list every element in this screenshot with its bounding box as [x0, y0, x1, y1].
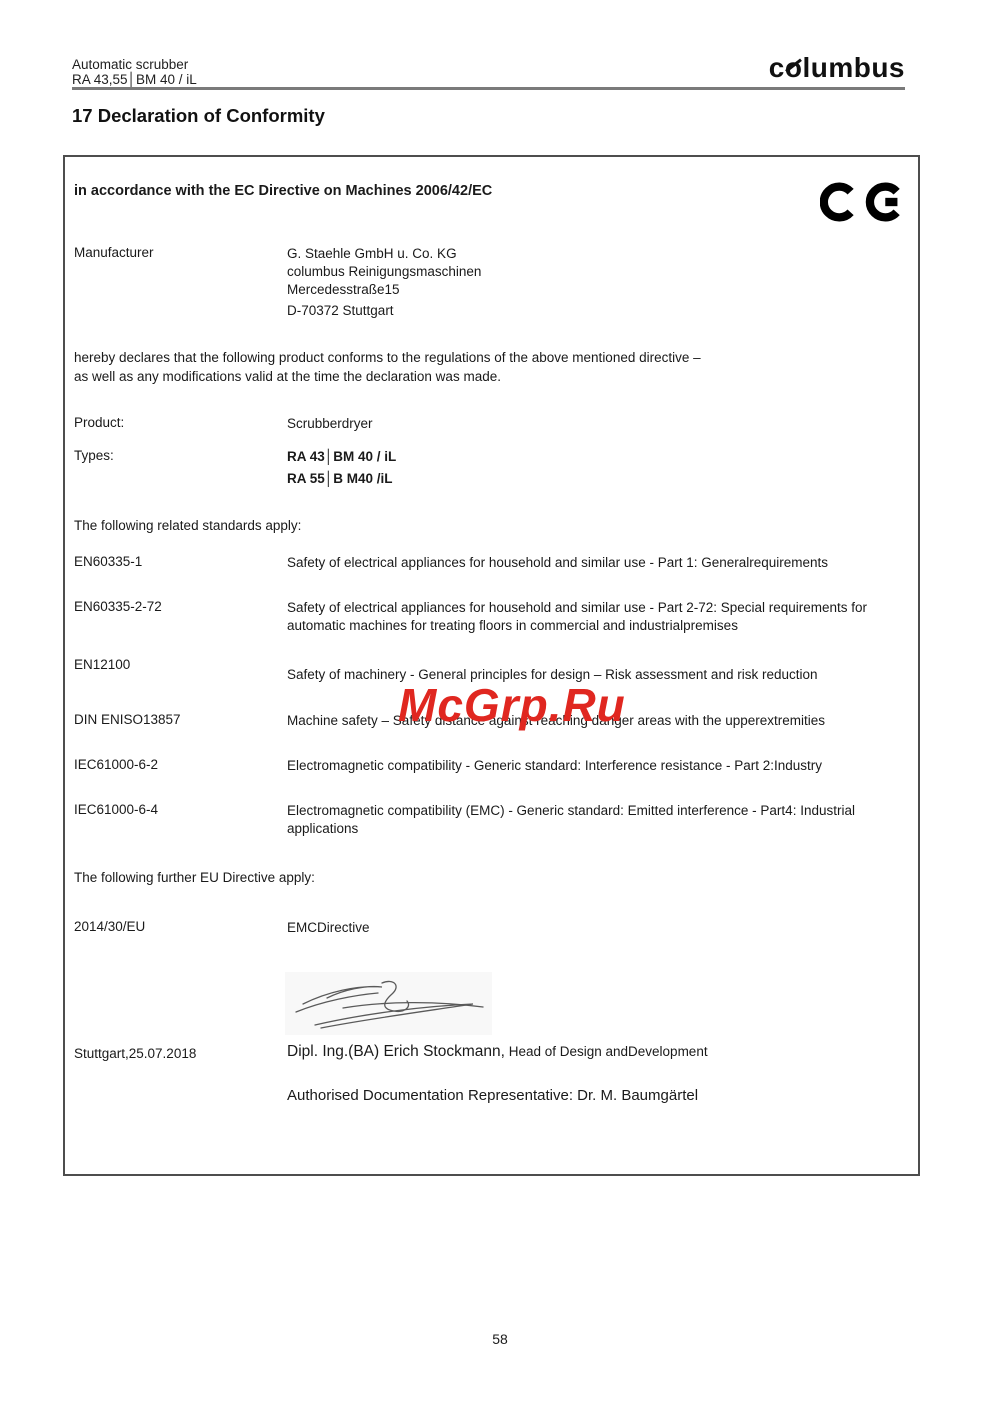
- ce-mark-icon: [820, 165, 916, 239]
- header-divider: [72, 87, 905, 90]
- signatory-line: Dipl. Ing.(BA) Erich Stockmann, Head of …: [287, 1043, 919, 1061]
- authorised-representative-line: Authorised Documentation Representative:…: [287, 1087, 919, 1105]
- logo-letter-c: c: [769, 52, 785, 83]
- standard-code: IEC61000-6-4: [74, 802, 158, 817]
- manufacturer-line: columbus Reinigungsmaschinen: [287, 263, 919, 281]
- standard-code: EN60335-1: [74, 554, 142, 569]
- signatory-role: Head of Design andDevelopment: [505, 1044, 708, 1059]
- header-product-name: Automatic scrubber: [72, 57, 188, 72]
- standard-desc: Electromagnetic compatibility (EMC) - Ge…: [287, 802, 919, 838]
- standard-code: DIN ENISO13857: [74, 712, 181, 727]
- standard-code: IEC61000-6-2: [74, 757, 158, 772]
- standard-desc: Safety of electrical appliances for hous…: [287, 599, 919, 635]
- place-date: Stuttgart,25.07.2018: [74, 1046, 196, 1061]
- signatory-name: Dipl. Ing.(BA) Erich Stockmann,: [287, 1043, 505, 1060]
- page-number: 58: [0, 1331, 1000, 1347]
- document-page: { "header": { "doc_type": "Automatic scr…: [0, 0, 1000, 1414]
- standard-desc: Safety of machinery - General principles…: [287, 666, 919, 684]
- manufacturer-label: Manufacturer: [74, 245, 154, 260]
- columbus-logo: columbus: [769, 52, 905, 84]
- manufacturer-line: D-70372 Stuttgart: [287, 302, 919, 320]
- standard-desc: Electromagnetic compatibility - Generic …: [287, 757, 919, 775]
- standard-desc: Machine safety – Safety distance against…: [287, 712, 919, 730]
- product-value: Scrubberdryer: [287, 415, 919, 433]
- standard-code: EN60335-2-72: [74, 599, 162, 614]
- standard-code: EN12100: [74, 657, 130, 672]
- declaration-of-conformity-box: in accordance with the EC Directive on M…: [63, 155, 920, 1176]
- product-label: Product:: [74, 415, 124, 430]
- declaration-statement-line2: as well as any modifications valid at th…: [74, 368, 501, 386]
- types-label: Types:: [74, 448, 114, 463]
- further-directive-code: 2014/30/EU: [74, 919, 145, 934]
- page-title: 17 Declaration of Conformity: [72, 105, 325, 127]
- types-value-1: RA 43│BM 40 / iL: [287, 448, 919, 466]
- manufacturer-line: Mercedesstraße15: [287, 281, 919, 299]
- declaration-statement-line1: hereby declares that the following produ…: [74, 349, 701, 367]
- header-product-model: RA 43,55│BM 40 / iL: [72, 72, 197, 87]
- directive-heading: in accordance with the EC Directive on M…: [74, 183, 492, 199]
- further-directive-name: EMCDirective: [287, 919, 919, 937]
- manufacturer-line: G. Staehle GmbH u. Co. KG: [287, 245, 919, 263]
- standard-desc: Safety of electrical appliances for hous…: [287, 554, 919, 572]
- types-value-2: RA 55│B M40 /iL: [287, 470, 919, 488]
- logo-letters-rest: lumbus: [802, 52, 905, 83]
- logo-letter-o-slashed: o: [785, 52, 803, 84]
- standards-intro: The following related standards apply:: [74, 517, 301, 535]
- signature-image: [285, 972, 492, 1035]
- further-directive-intro: The following further EU Directive apply…: [74, 869, 315, 887]
